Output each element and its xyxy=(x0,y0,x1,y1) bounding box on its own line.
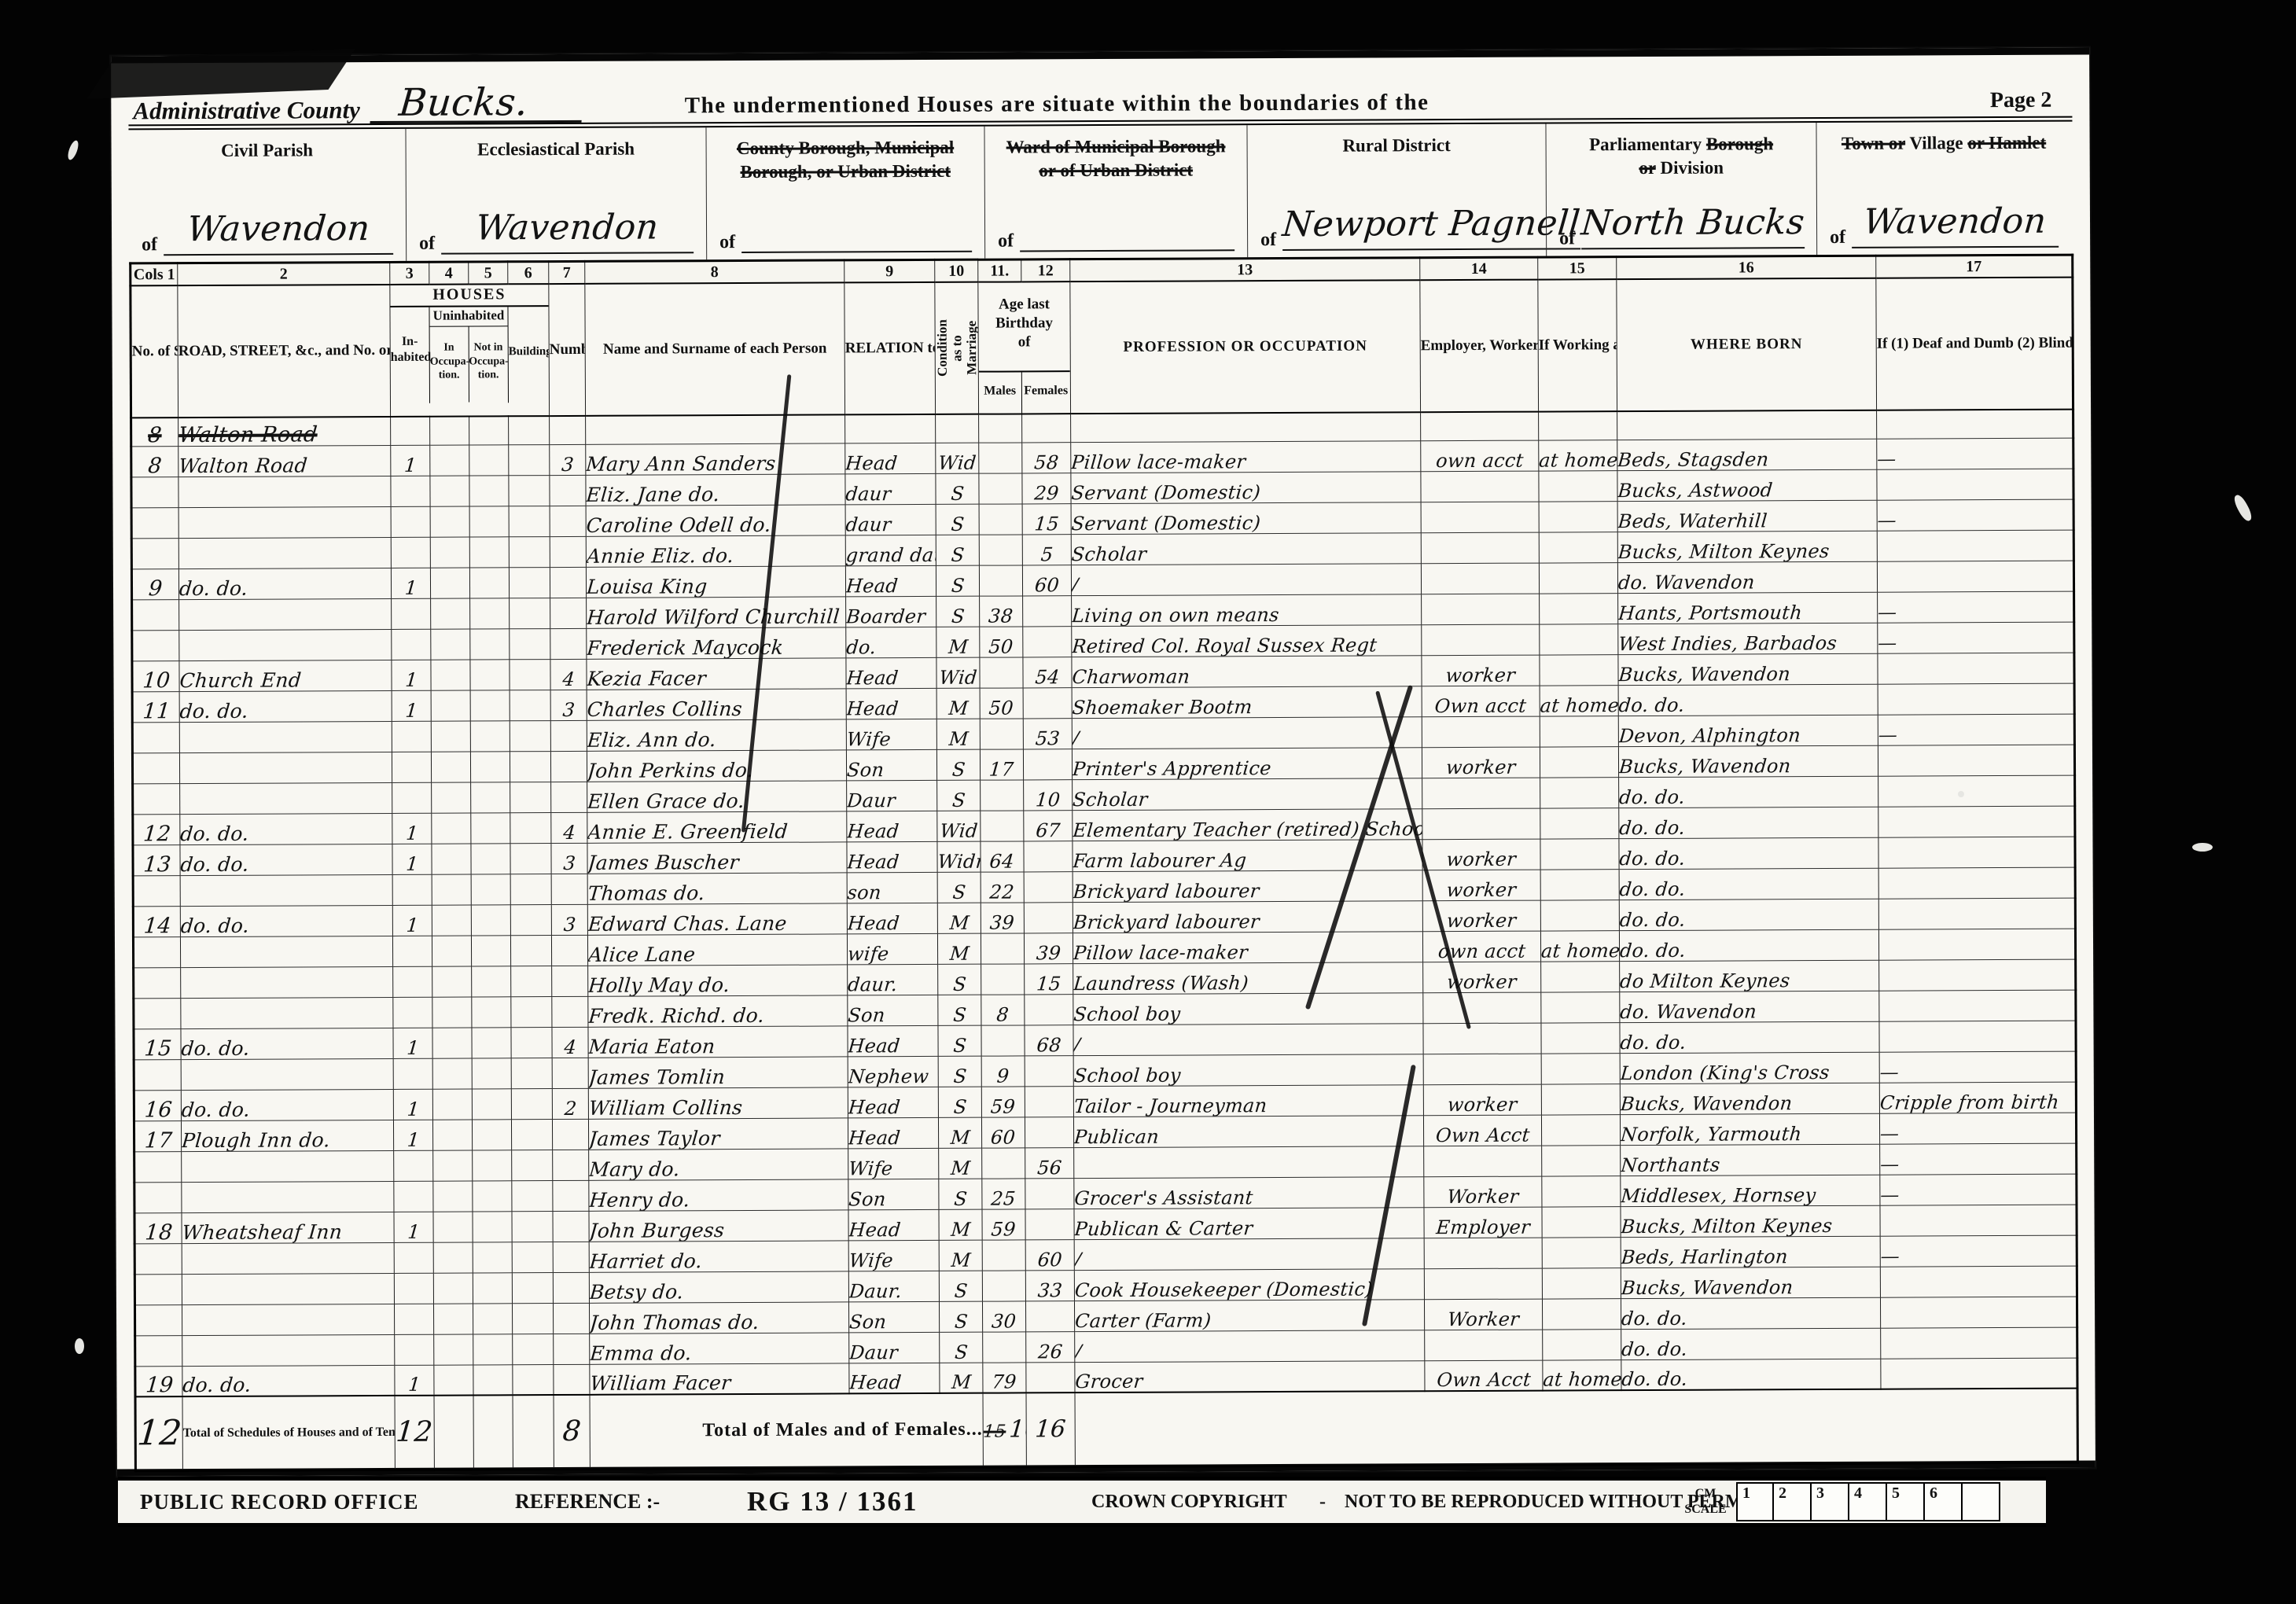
cell-occu: Grocer xyxy=(1075,1360,1425,1392)
cell-occ xyxy=(432,905,471,936)
cell-born: Beds, Harlington xyxy=(1621,1236,1880,1267)
cell-nocc xyxy=(473,1364,513,1395)
cell-sched xyxy=(133,875,180,906)
cell-sched xyxy=(135,1304,182,1335)
cell-nocc xyxy=(469,444,509,475)
cell-home xyxy=(1539,411,1617,440)
cell-rooms xyxy=(552,966,588,996)
of-label: of xyxy=(1559,228,1575,249)
cell-occ xyxy=(432,1028,472,1058)
cell-rel xyxy=(845,414,936,443)
cell-sched xyxy=(132,752,179,783)
cell-nocc xyxy=(471,843,510,874)
cell-emp xyxy=(1421,532,1539,564)
cell-f: 56 xyxy=(1025,1147,1074,1178)
separator-dash: - xyxy=(1319,1481,1326,1523)
cell-f xyxy=(1023,626,1072,657)
cell-emp xyxy=(1422,594,1540,625)
cell-occ xyxy=(432,813,471,844)
cell-rel: Son xyxy=(848,1179,939,1210)
cell-occu: / xyxy=(1071,563,1421,595)
district-label: Rural District xyxy=(1248,134,1546,159)
cell-occ xyxy=(432,1120,472,1150)
cell-occu: Retired Col. Royal Sussex Regt xyxy=(1072,624,1422,657)
cell-nocc xyxy=(470,659,510,690)
cell-inf: — xyxy=(1878,714,2074,745)
column-number: 4 xyxy=(429,262,469,285)
cell-home: at home xyxy=(1540,685,1618,716)
cell-occu: Pillow lace-maker xyxy=(1071,440,1421,473)
column-number: 13 xyxy=(1070,258,1420,281)
cell-born: Norfolk, Yarmouth xyxy=(1620,1113,1879,1145)
cell-nocc xyxy=(471,812,510,843)
cell-home: at home xyxy=(1543,1359,1621,1390)
cell-home xyxy=(1541,961,1620,991)
cell-m: 50 xyxy=(980,687,1023,718)
cell-occu xyxy=(1074,1146,1424,1178)
cell-f: 54 xyxy=(1023,657,1072,687)
cell-m: 9 xyxy=(981,1055,1025,1086)
cell-f: 67 xyxy=(1024,810,1073,841)
cell-m xyxy=(981,810,1024,841)
cell-nocc xyxy=(472,966,511,996)
cell-sched: 17 xyxy=(134,1120,181,1151)
cell-nocc xyxy=(471,904,510,935)
cell-emp: Employer xyxy=(1424,1207,1542,1238)
cell-occ xyxy=(433,1150,473,1181)
cell-occu: / xyxy=(1075,1330,1425,1362)
cell-inh xyxy=(392,782,432,813)
cell-inf xyxy=(1878,929,2075,960)
cell-sched: 11 xyxy=(132,691,179,722)
cell-m: 25 xyxy=(982,1178,1025,1209)
cell-nocc xyxy=(472,1058,511,1088)
cell-born xyxy=(1617,410,1877,440)
cell-born: Bucks, Astwood xyxy=(1617,469,1877,501)
cell-home: at home xyxy=(1539,440,1617,470)
reference-label: REFERENCE :- xyxy=(515,1481,660,1523)
cell-born: do. do. xyxy=(1619,929,1878,961)
cell-sched: 8 xyxy=(131,418,178,446)
cell-f xyxy=(1025,1055,1073,1086)
cell-sched xyxy=(131,507,178,538)
cell-rooms xyxy=(550,416,586,444)
cell-sched xyxy=(134,1274,182,1304)
cell-cond: M xyxy=(937,903,981,933)
district-value: Wavendon xyxy=(1863,205,2048,239)
cell-rooms xyxy=(551,874,587,904)
cell-name: Frederick Maycock xyxy=(587,627,846,658)
cell-inf xyxy=(1879,1021,2076,1052)
cell-f xyxy=(1023,687,1072,718)
cell-home: at home xyxy=(1540,930,1619,961)
cell-rel: Nephew xyxy=(848,1056,938,1087)
cell-occ xyxy=(430,476,469,506)
cell-road xyxy=(180,936,392,967)
page-number: Page 2 xyxy=(1990,88,2073,116)
film-speck xyxy=(2192,843,2213,852)
cell-f: 15 xyxy=(1025,963,1073,994)
cell-home xyxy=(1543,1329,1621,1359)
cell-emp: worker xyxy=(1422,747,1540,778)
column-number: Cols 1 xyxy=(131,263,178,286)
cell-emp: own acct xyxy=(1422,931,1540,962)
cell-occu: / xyxy=(1074,1238,1424,1270)
cell-rooms: 3 xyxy=(551,904,587,935)
cell-inf: — xyxy=(1880,1174,2077,1205)
header-age: Age last Birthday of Males Females xyxy=(978,281,1071,414)
cell-m xyxy=(981,779,1024,810)
cell-nocc xyxy=(470,598,510,628)
cell-home xyxy=(1539,501,1617,532)
cell-home xyxy=(1540,746,1618,777)
scale-cell: 2 xyxy=(1774,1482,1812,1521)
cell-f xyxy=(1024,871,1073,902)
cell-rooms xyxy=(550,628,587,659)
cell-f: 29 xyxy=(1022,473,1071,503)
cell-cond: M xyxy=(936,627,980,657)
cell-rooms xyxy=(551,935,587,966)
cell-name: Maria Eaton xyxy=(588,1025,848,1057)
cell-m xyxy=(979,503,1022,534)
cell-home xyxy=(1539,562,1617,593)
cell-road: Walton Road xyxy=(178,445,391,476)
header-schedule: No. of Schedule xyxy=(131,285,178,418)
cell-occ xyxy=(433,1273,473,1304)
cell-inf xyxy=(1879,959,2076,991)
cell-bldg xyxy=(510,751,550,782)
cell-home xyxy=(1542,1298,1621,1329)
cell-sched xyxy=(135,1335,182,1366)
cell-born: do. Wavendon xyxy=(1617,561,1877,593)
cell-inh xyxy=(391,506,430,537)
cell-inh xyxy=(392,598,431,629)
cell-inh xyxy=(392,629,431,660)
cell-inh: 1 xyxy=(395,1365,434,1396)
cell-bldg xyxy=(511,966,552,996)
cell-cond: S xyxy=(938,1056,981,1087)
cell-sched: 14 xyxy=(133,906,180,936)
cell-born: do. do. xyxy=(1619,899,1878,930)
cell-sched: 19 xyxy=(135,1366,182,1396)
cell-inh xyxy=(392,874,432,905)
cell-inh xyxy=(393,1058,432,1089)
district-label: Town or Village or Hamlet xyxy=(1817,131,2071,156)
cell-rooms xyxy=(552,996,588,1027)
cell-rel: Head xyxy=(848,1209,939,1241)
census-rows: 8Walton Road8Walton Road13Mary Ann Sande… xyxy=(131,410,2077,1397)
cell-rel: son xyxy=(847,872,937,903)
cell-home xyxy=(1542,1145,1621,1175)
cell-road xyxy=(182,1304,395,1335)
cell-occ xyxy=(431,690,470,721)
cell-occ xyxy=(432,936,471,966)
cell-rooms xyxy=(553,1180,589,1211)
cell-m: 60 xyxy=(981,1117,1025,1147)
cell-emp xyxy=(1421,471,1539,502)
cell-emp: Worker xyxy=(1424,1176,1542,1208)
district-label: County Borough, MunicipalBorough, or Urb… xyxy=(707,136,984,184)
of-label: of xyxy=(719,232,735,253)
cell-f xyxy=(1026,1362,1075,1392)
cell-emp: worker xyxy=(1423,962,1541,993)
cell-m xyxy=(980,718,1023,749)
archive-footer-strip: PUBLIC RECORD OFFICE REFERENCE :- RG 13 … xyxy=(118,1477,2046,1527)
cell-born: do. do. xyxy=(1619,776,1878,808)
total-rooms: 8 xyxy=(554,1395,590,1469)
cell-road xyxy=(178,476,391,507)
record-office-label: PUBLIC RECORD OFFICE xyxy=(140,1481,419,1523)
cell-nocc xyxy=(469,475,509,506)
cell-cond: M xyxy=(939,1209,982,1240)
cell-name: John Burgess xyxy=(589,1209,848,1241)
cell-rooms xyxy=(553,1242,589,1272)
header-building: Building. xyxy=(508,307,549,403)
cell-rel: Son xyxy=(848,995,938,1026)
cell-f: 60 xyxy=(1025,1239,1074,1270)
cell-occu: Charwoman xyxy=(1072,655,1422,687)
cell-occu: / xyxy=(1072,716,1422,749)
cell-born: Bucks, Milton Keynes xyxy=(1617,531,1877,562)
cell-occ xyxy=(431,752,470,782)
cell-born: Middlesex, Hornsey xyxy=(1621,1175,1880,1206)
total-females: 16 xyxy=(1026,1392,1075,1466)
cell-road: do. do. xyxy=(180,844,392,875)
header-males: Males xyxy=(979,372,1022,413)
cell-inh xyxy=(394,1304,433,1334)
cell-born: do. do. xyxy=(1621,1328,1881,1359)
of-label: of xyxy=(142,234,157,256)
cell-cond: S xyxy=(938,1087,981,1117)
cell-inf: — xyxy=(1879,1051,2076,1083)
cell-road: Walton Road xyxy=(178,417,391,446)
cell-f xyxy=(1025,1209,1074,1239)
cell-emp xyxy=(1422,778,1540,809)
cell-sched xyxy=(132,599,179,630)
cell-home xyxy=(1541,991,1620,1022)
cell-inf xyxy=(1878,653,2074,684)
cell-occu: Brickyard labourer xyxy=(1073,900,1422,933)
cell-rel: daur xyxy=(845,504,936,535)
cell-cond: S xyxy=(939,1301,982,1332)
cell-inh: 1 xyxy=(393,1028,432,1058)
cell-home xyxy=(1540,716,1618,746)
cell-occu: Brickyard labourer xyxy=(1073,870,1422,902)
cell-cond: S xyxy=(936,535,979,565)
district-section: Civil Parish of Wavendon xyxy=(128,129,406,263)
cell-occu: School boy xyxy=(1073,992,1423,1025)
cell-rel: Head xyxy=(846,657,936,689)
cell-cond: S xyxy=(937,872,981,903)
admin-county-value: Bucks. xyxy=(370,86,584,123)
cell-nocc xyxy=(470,690,510,720)
cell-occ xyxy=(432,782,471,813)
cell-name: Ellen Grace do. xyxy=(587,780,847,811)
cell-rel: Head xyxy=(848,1117,938,1149)
cell-cond: S xyxy=(938,1025,981,1056)
column-number: 12 xyxy=(1021,259,1070,282)
cell-cond: S xyxy=(940,1332,983,1363)
cell-occ xyxy=(433,1181,473,1212)
cell-inf: — xyxy=(1878,591,2074,623)
cell-name: Louisa King xyxy=(586,565,845,597)
column-number: 8 xyxy=(585,260,844,284)
cell-emp xyxy=(1422,624,1540,656)
cell-road xyxy=(178,537,391,568)
cell-bldg xyxy=(510,598,550,628)
cell-name: Henry do. xyxy=(589,1179,848,1210)
cell-m xyxy=(979,565,1022,595)
cell-sched: 9 xyxy=(131,568,178,599)
cell-m xyxy=(981,933,1024,963)
cell-m xyxy=(979,473,1022,503)
district-section: Parliamentary Boroughor Division of Nort… xyxy=(1545,123,1816,256)
cell-emp xyxy=(1423,992,1541,1024)
cell-sched xyxy=(134,1059,181,1090)
cell-rooms: 3 xyxy=(550,690,587,720)
of-label: of xyxy=(1260,230,1276,251)
cell-inh xyxy=(392,752,431,782)
cell-cond: M xyxy=(940,1363,983,1393)
cell-inf xyxy=(1881,1327,2077,1359)
cell-bldg xyxy=(512,1211,553,1242)
cell-m xyxy=(983,1331,1026,1362)
cell-rel: Head xyxy=(845,443,936,474)
cell-rel: Head xyxy=(847,811,937,842)
cell-rooms xyxy=(550,475,586,506)
cell-emp: own acct xyxy=(1421,440,1539,472)
cell-home xyxy=(1540,624,1618,654)
cell-home xyxy=(1540,808,1619,838)
cell-cond: M xyxy=(938,1117,981,1148)
cell-road xyxy=(182,1150,394,1182)
header-rooms: Number of Rooms occupied if less than fi… xyxy=(549,284,586,416)
cell-born: do Milton Keynes xyxy=(1620,960,1879,991)
cell-inh xyxy=(392,721,431,752)
cell-road: do. do. xyxy=(180,813,392,844)
cell-rooms: 4 xyxy=(550,659,587,690)
header-condition: Condition as to Marriage xyxy=(935,282,979,414)
cell-sched xyxy=(131,476,178,507)
cell-f: 68 xyxy=(1025,1025,1073,1055)
cell-inh: 1 xyxy=(392,813,432,844)
total-males: 1510 xyxy=(983,1392,1026,1466)
cell-inf xyxy=(1878,898,2075,929)
cell-sched xyxy=(134,998,181,1028)
cell-inf: — xyxy=(1877,499,2073,531)
cell-born: do. do. xyxy=(1619,868,1878,899)
cell-m xyxy=(981,963,1025,994)
cell-rooms xyxy=(554,1364,590,1395)
cell-emp: Own Acct xyxy=(1423,1115,1541,1146)
cell-bldg xyxy=(510,782,551,812)
cell-occu: Servant (Domestic) xyxy=(1071,471,1421,503)
scale-cell: 1 xyxy=(1736,1482,1774,1521)
cell-name: John Thomas do. xyxy=(589,1301,848,1333)
cell-inh xyxy=(394,1181,433,1212)
cell-bldg xyxy=(513,1334,554,1364)
cell-sched xyxy=(134,1243,182,1274)
cm-scale-ruler: 123456 xyxy=(1736,1482,2000,1521)
cell-occu: Publican xyxy=(1073,1115,1423,1147)
cell-m: 38 xyxy=(980,595,1023,626)
cell-born: West Indies, Barbados xyxy=(1618,623,1878,654)
cell-rooms xyxy=(550,536,586,567)
cell-rel: grand daur xyxy=(845,535,936,566)
cell-rel: Boarder xyxy=(846,596,936,627)
cell-road: do. do. xyxy=(178,568,391,599)
column-number: 17 xyxy=(1876,255,2073,278)
cell-rel: Wife xyxy=(848,1148,939,1179)
cell-born: do. do. xyxy=(1619,807,1878,838)
cell-sched: 12 xyxy=(133,814,180,844)
cell-inf: — xyxy=(1878,622,2074,653)
cell-rooms: 3 xyxy=(551,843,587,874)
cell-born: Bucks, Wavendon xyxy=(1620,1083,1879,1114)
cell-rooms xyxy=(550,567,586,598)
cell-occu: Printer's Apprentice xyxy=(1072,747,1422,779)
cell-nocc xyxy=(470,751,510,782)
cell-occ xyxy=(434,1334,473,1365)
admin-county-row: Administrative County Bucks. The underme… xyxy=(128,58,2072,131)
cell-nocc xyxy=(473,1334,513,1364)
cell-road: do. do. xyxy=(179,690,392,722)
cell-occ xyxy=(433,1242,473,1273)
cell-rooms xyxy=(550,751,587,782)
cell-occu: Shoemaker Bootm xyxy=(1072,686,1422,718)
header-name: Name and Surname of each Person xyxy=(585,282,845,415)
cell-emp xyxy=(1423,1023,1541,1054)
cell-f xyxy=(1025,1178,1074,1209)
cell-home xyxy=(1539,470,1617,501)
cell-name: Holly May do. xyxy=(588,964,848,995)
cell-nocc xyxy=(469,567,509,598)
cell-born: Hants, Portsmouth xyxy=(1618,592,1878,624)
of-label: of xyxy=(998,230,1014,252)
cell-born: Beds, Stagsden xyxy=(1617,439,1877,470)
cell-road xyxy=(180,782,392,814)
cell-nocc xyxy=(473,1242,512,1272)
cell-rel: do. xyxy=(846,627,936,658)
cell-born: do. Wavendon xyxy=(1620,991,1879,1022)
cell-inh: 1 xyxy=(393,1089,432,1120)
cell-occu: Living on own means xyxy=(1072,594,1422,626)
cell-inh xyxy=(393,966,432,997)
cell-bldg xyxy=(509,567,550,598)
cell-name: Harriet do. xyxy=(589,1240,848,1271)
column-number: 11. xyxy=(978,259,1021,282)
district-section: Ward of Municipal Boroughor of Urban Dis… xyxy=(984,125,1247,258)
cell-bldg xyxy=(512,1272,553,1303)
cell-home xyxy=(1540,869,1619,899)
cell-cond: M xyxy=(936,719,980,749)
cell-born: Bucks, Wavendon xyxy=(1618,653,1878,685)
cell-inf: — xyxy=(1879,1113,2076,1144)
cell-inf xyxy=(1878,837,2075,868)
header-where-born: WHERE BORN xyxy=(1617,278,1877,411)
cell-rooms xyxy=(552,1119,588,1150)
column-number: 2 xyxy=(178,262,390,285)
cell-road: do. do. xyxy=(180,905,392,936)
cell-sched: 13 xyxy=(133,844,180,875)
district-section: Rural District of Newport Pagnell xyxy=(1246,124,1546,258)
district-label: Civil Parish xyxy=(129,138,406,163)
cell-f: 33 xyxy=(1025,1270,1074,1300)
column-headers-row: No. of Schedule ROAD, STREET, &c., and N… xyxy=(131,278,2073,418)
cell-born: do. do. xyxy=(1620,1021,1879,1053)
cell-m xyxy=(979,414,1022,442)
cell-name: William Facer xyxy=(590,1363,849,1394)
